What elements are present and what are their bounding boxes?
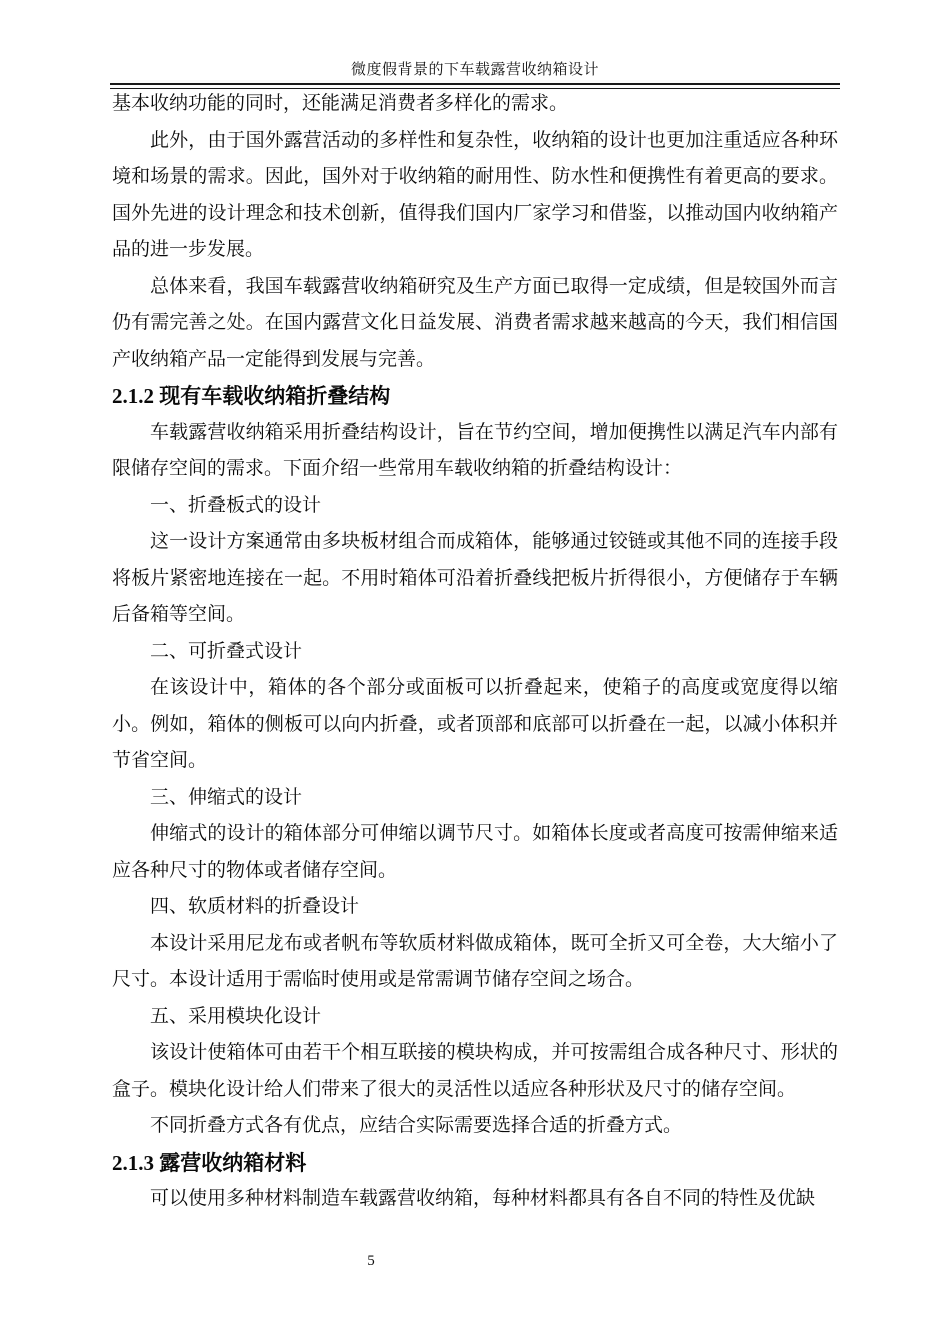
body-paragraph: 基本收纳功能的同时，还能满足消费者多样化的需求。 — [112, 86, 838, 123]
document-body: 基本收纳功能的同时，还能满足消费者多样化的需求。此外，由于国外露营活动的多样性和… — [112, 86, 838, 1218]
body-paragraph: 本设计采用尼龙布或者帆布等软质材料做成箱体，既可全折又可全卷，大大缩小了尺寸。本… — [112, 926, 838, 999]
body-paragraph: 三、伸缩式的设计 — [112, 780, 838, 817]
body-paragraph: 车载露营收纳箱采用折叠结构设计，旨在节约空间，增加便携性以满足汽车内部有限储存空… — [112, 415, 838, 488]
body-paragraph: 可以使用多种材料制造车载露营收纳箱，每种材料都具有各自不同的特性及优缺 — [112, 1181, 838, 1218]
section-heading: 2.1.2 现有车载收纳箱折叠结构 — [112, 378, 838, 415]
body-paragraph: 二、可折叠式设计 — [112, 634, 838, 671]
body-paragraph: 总体来看，我国车载露营收纳箱研究及生产方面已取得一定成绩，但是较国外而言仍有需完… — [112, 269, 838, 379]
body-paragraph: 此外，由于国外露营活动的多样性和复杂性，收纳箱的设计也更加注重适应各种环境和场景… — [112, 123, 838, 269]
running-header-title: 微度假背景的下车载露营收纳箱设计 — [112, 60, 838, 80]
page-number: 5 — [341, 1251, 401, 1271]
body-paragraph: 不同折叠方式各有优点，应结合实际需要选择合适的折叠方式。 — [112, 1108, 838, 1145]
body-paragraph: 伸缩式的设计的箱体部分可伸缩以调节尺寸。如箱体长度或者高度可按需伸缩来适应各种尺… — [112, 816, 838, 889]
body-paragraph: 该设计使箱体可由若干个相互联接的模块构成，并可按需组合成各种尺寸、形状的盒子。模… — [112, 1035, 838, 1108]
document-page: 微度假背景的下车载露营收纳箱设计 基本收纳功能的同时，还能满足消费者多样化的需求… — [0, 0, 950, 1344]
body-paragraph: 五、采用模块化设计 — [112, 999, 838, 1036]
body-paragraph: 四、软质材料的折叠设计 — [112, 889, 838, 926]
body-paragraph: 在该设计中，箱体的各个部分或面板可以折叠起来，使箱子的高度或宽度得以缩小。例如，… — [112, 670, 838, 780]
body-paragraph: 一、折叠板式的设计 — [112, 488, 838, 525]
body-paragraph: 这一设计方案通常由多块板材组合而成箱体，能够通过铰链或其他不同的连接手段将板片紧… — [112, 524, 838, 634]
section-heading: 2.1.3 露营收纳箱材料 — [112, 1145, 838, 1182]
